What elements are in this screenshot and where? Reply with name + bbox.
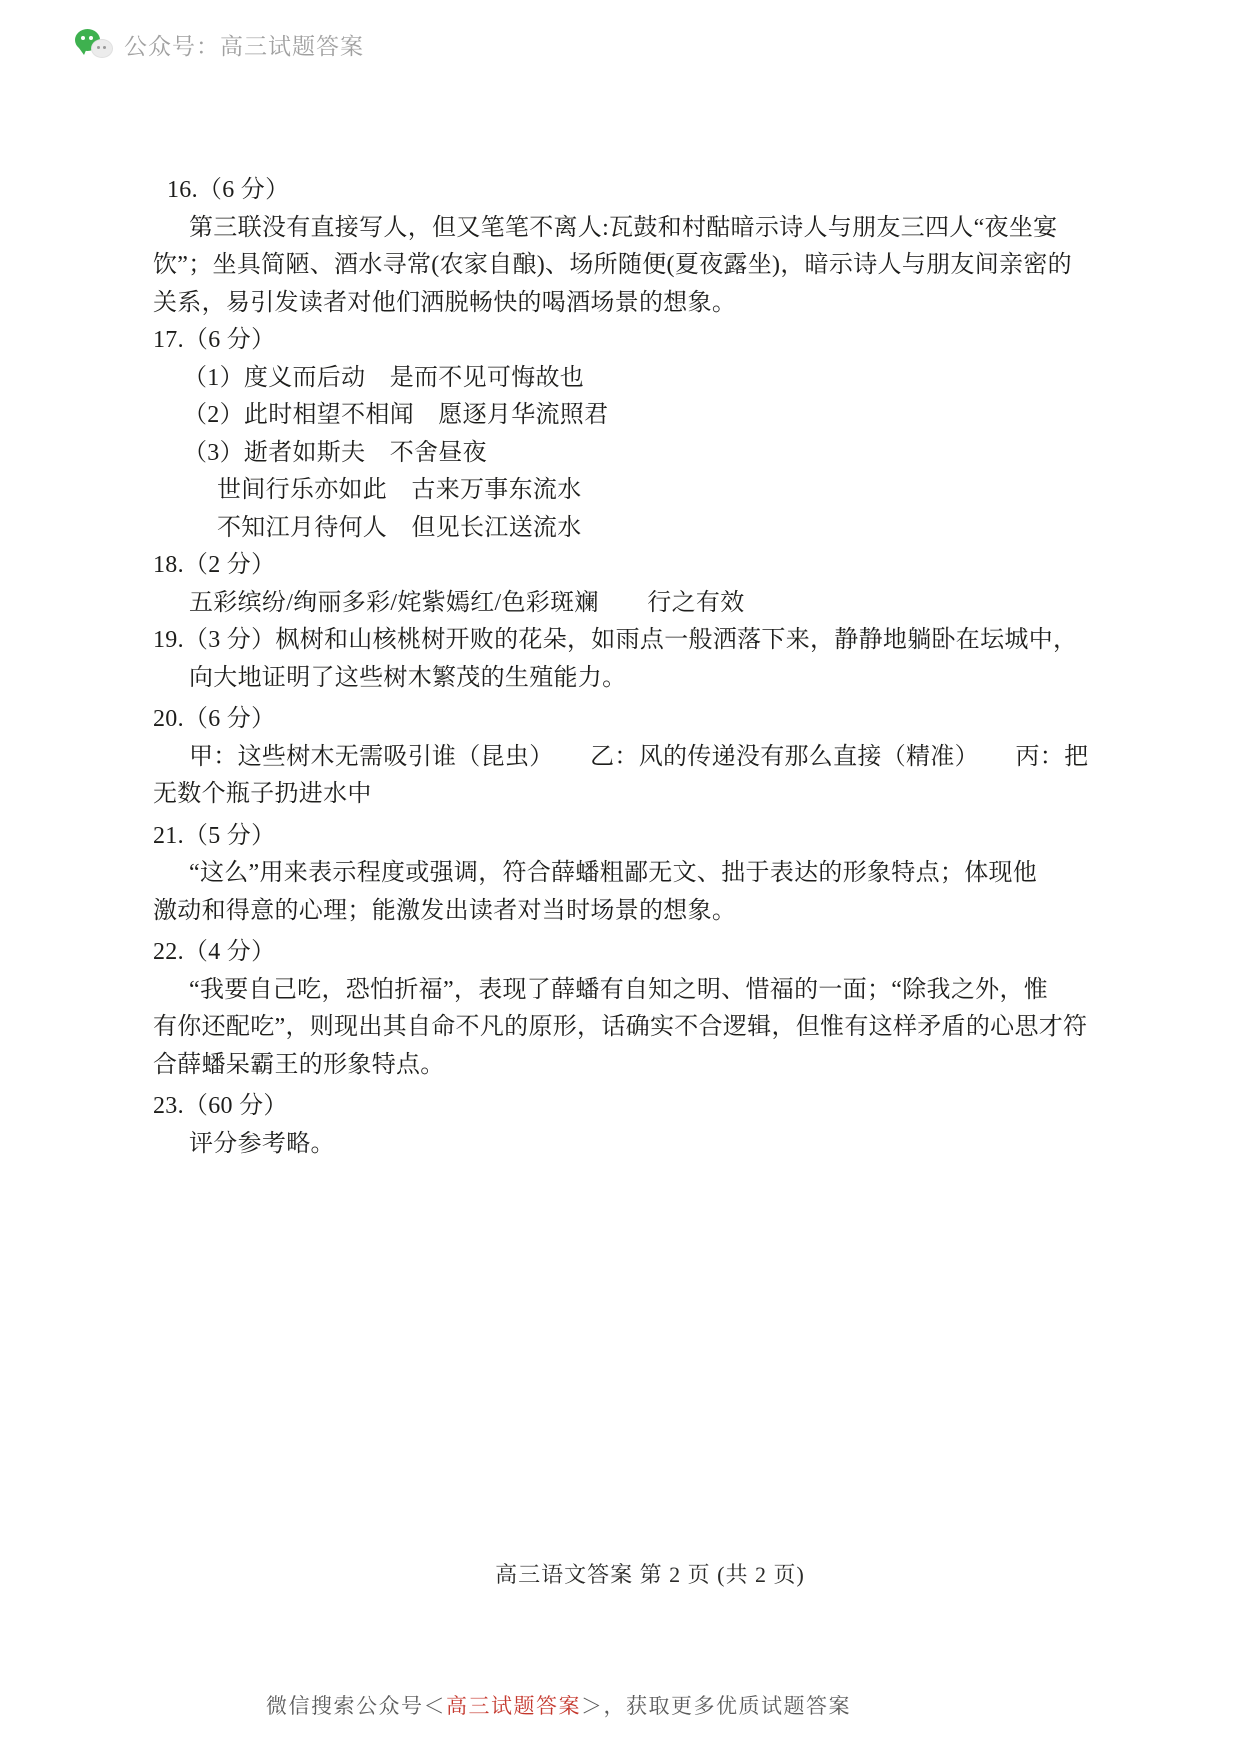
section-21-line: 激动和得意的心理；能激发出读者对当时场景的想象。: [153, 893, 1098, 931]
wechat-account-label: 公众号：高三试题答案: [124, 28, 364, 61]
section-21: 21.（5 分） “这么”用来表示程度或强调，符合薛蟠粗鄙无文、拙于表达的形象特…: [153, 818, 1098, 931]
wechat-gray-bubble: [92, 40, 112, 57]
section-17-item-3: （3）逝者如斯夫 不舍昼夜: [153, 435, 1098, 473]
section-18: 18.（2 分） 五彩缤纷/绚丽多彩/姹紫嫣红/色彩斑斓 行之有效: [153, 547, 1098, 622]
wechat-icon: [74, 25, 116, 63]
promo-banner: 微信搜索公众号＜高三试题答案＞，获取更多优质试题答案: [266, 1690, 851, 1720]
section-22-line: “我要自己吃，恐怕折福”，表现了薛蟠有自知之明、惜福的一面；“除我之外，惟: [153, 972, 1098, 1010]
section-16-line: 饮”；坐具简陋、酒水寻常(农家自酿)、场所随便(夏夜露坐)，暗示诗人与朋友间亲密…: [153, 247, 1098, 285]
section-17-poem-line: 不知江月待何人 但见长江送流水: [153, 510, 1098, 548]
promo-banner-suffix: ＞，获取更多优质试题答案: [581, 1694, 851, 1718]
answers-content: 16.（6 分） 第三联没有直接写人，但又笔笔不离人:瓦鼓和村酤暗示诗人与朋友三…: [153, 172, 1098, 1163]
page-footer: 高三语文答案 第 2 页 (共 2 页): [30, 1558, 1240, 1589]
promo-banner-prefix: 微信搜索公众号＜: [266, 1694, 446, 1718]
wechat-bubble-tail: [79, 48, 87, 55]
section-19-heading: 19.（3 分）枫树和山核桃树开败的花朵，如雨点一般洒落下来，静静地躺卧在坛城中…: [153, 622, 1098, 660]
section-16: 16.（6 分） 第三联没有直接写人，但又笔笔不离人:瓦鼓和村酤暗示诗人与朋友三…: [153, 172, 1098, 322]
section-19-line: 向大地证明了这些树木繁茂的生殖能力。: [153, 660, 1098, 698]
section-17-heading: 17.（6 分）: [153, 322, 1098, 360]
wechat-header: 公众号：高三试题答案: [74, 24, 364, 64]
section-16-heading: 16.（6 分）: [153, 172, 1098, 210]
section-23: 23.（60 分） 评分参考略。: [153, 1088, 1098, 1163]
section-17-item-1: （1）度义而后动 是而不见可悔故也: [153, 360, 1098, 398]
section-21-line: “这么”用来表示程度或强调，符合薛蟠粗鄙无文、拙于表达的形象特点；体现他: [153, 855, 1098, 893]
section-19: 19.（3 分）枫树和山核桃树开败的花朵，如雨点一般洒落下来，静静地躺卧在坛城中…: [153, 622, 1098, 697]
section-23-line: 评分参考略。: [153, 1126, 1098, 1164]
section-22-line: 合薛蟠呆霸王的形象特点。: [153, 1047, 1098, 1085]
section-21-heading: 21.（5 分）: [153, 818, 1098, 856]
section-23-heading: 23.（60 分）: [153, 1088, 1098, 1126]
section-22-line: 有你还配吃”，则现出其自命不凡的原形，话确实不合逻辑，但惟有这样矛盾的心思才符: [153, 1009, 1098, 1047]
section-17-poem-line: 世间行乐亦如此 古来万事东流水: [153, 472, 1098, 510]
section-18-heading: 18.（2 分）: [153, 547, 1098, 585]
section-20-heading: 20.（6 分）: [153, 701, 1098, 739]
section-22-heading: 22.（4 分）: [153, 934, 1098, 972]
section-18-line: 五彩缤纷/绚丽多彩/姹紫嫣红/色彩斑斓 行之有效: [153, 585, 1098, 623]
promo-banner-highlight: 高三试题答案: [446, 1694, 581, 1718]
section-16-line: 关系，易引发读者对他们洒脱畅快的喝酒场景的想象。: [153, 285, 1098, 323]
section-16-line: 第三联没有直接写人，但又笔笔不离人:瓦鼓和村酤暗示诗人与朋友三四人“夜坐宴: [153, 210, 1098, 248]
section-20-line: 无数个瓶子扔进水中: [153, 776, 1098, 814]
section-20-line: 甲：这些树木无需吸引谁（昆虫） 乙：风的传递没有那么直接（精准） 丙：把: [153, 739, 1098, 777]
section-17-item-2: （2）此时相望不相闻 愿逐月华流照君: [153, 397, 1098, 435]
section-20: 20.（6 分） 甲：这些树木无需吸引谁（昆虫） 乙：风的传递没有那么直接（精准…: [153, 701, 1098, 814]
answer-sheet-page: 公众号：高三试题答案 16.（6 分） 第三联没有直接写人，但又笔笔不离人:瓦鼓…: [0, 0, 1240, 1752]
section-22: 22.（4 分） “我要自己吃，恐怕折福”，表现了薛蟠有自知之明、惜福的一面；“…: [153, 934, 1098, 1084]
section-17: 17.（6 分） （1）度义而后动 是而不见可悔故也 （2）此时相望不相闻 愿逐…: [153, 322, 1098, 547]
